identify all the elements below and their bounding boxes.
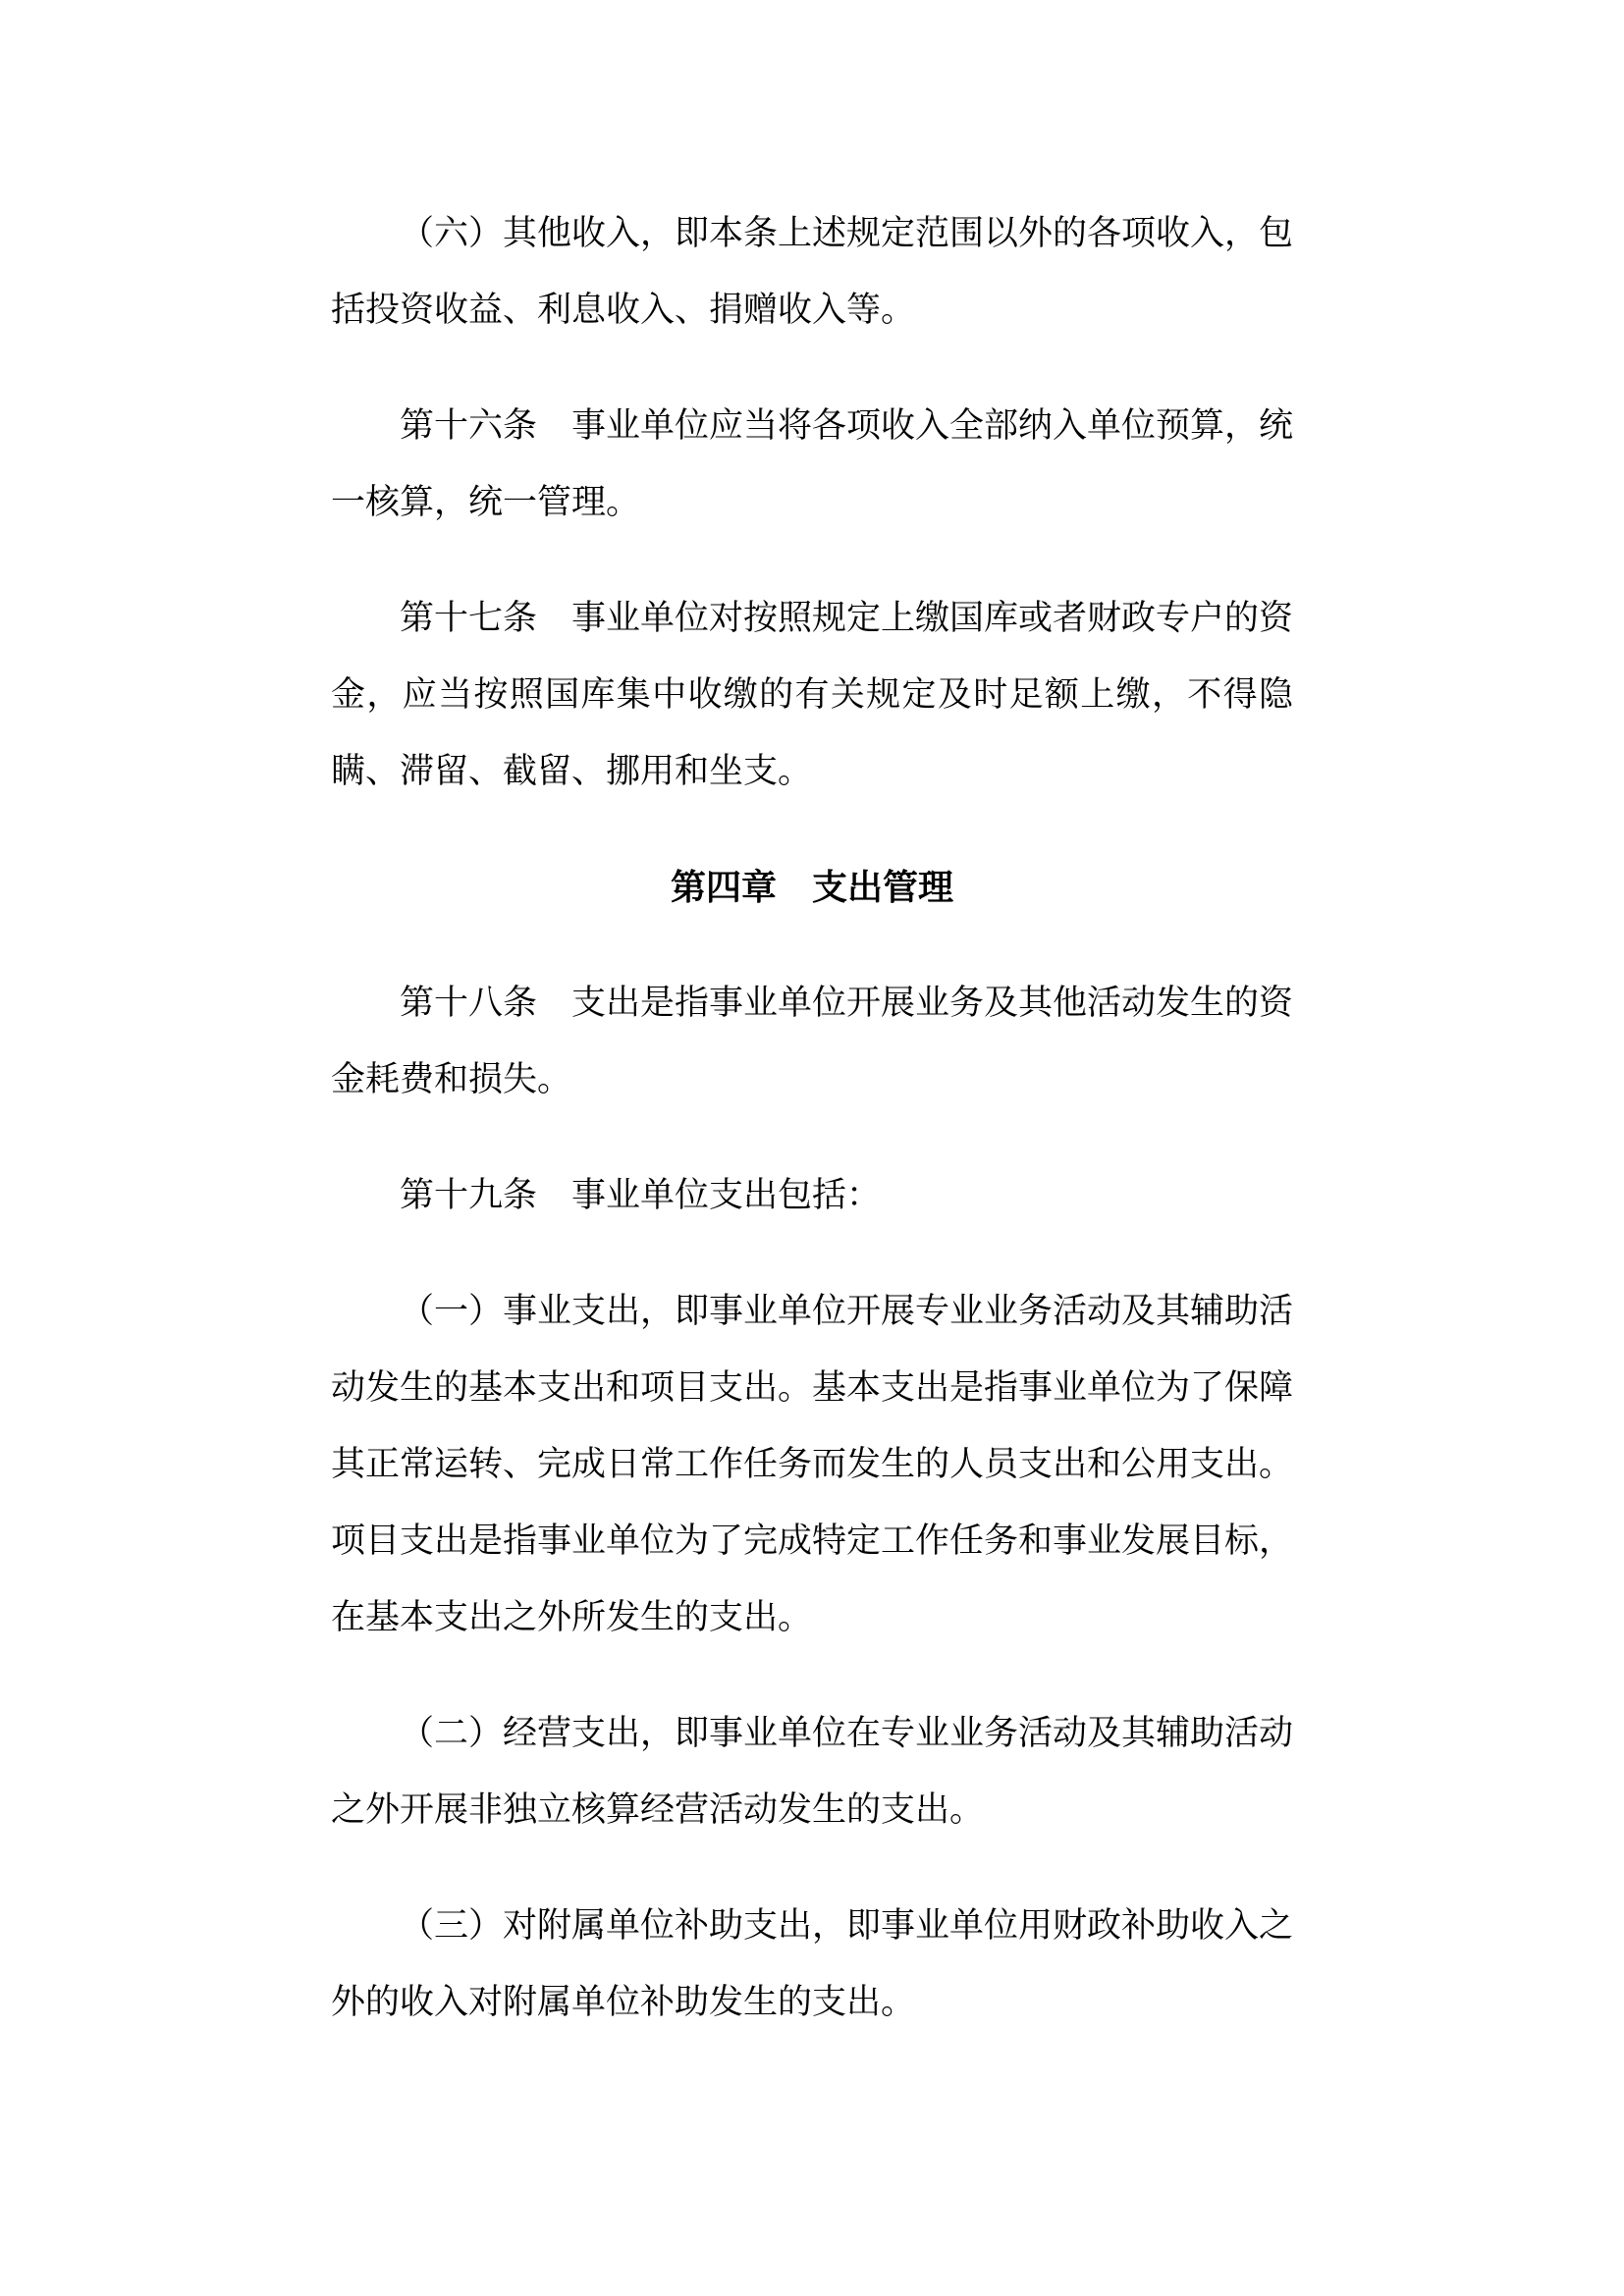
paragraph-article-18: 第十八条 支出是指事业单位开展业务及其他活动发生的资金耗费和损失。 <box>331 965 1293 1118</box>
page-content: （六）其他收入，即本条上述规定范围以外的各项收入，包括投资收益、利息收入、捐赠收… <box>331 195 1293 2041</box>
paragraph-article-19: 第十九条 事业单位支出包括： <box>331 1157 1293 1234</box>
paragraph-item-6-other-income: （六）其他收入，即本条上述规定范围以外的各项收入，包括投资收益、利息收入、捐赠收… <box>331 195 1293 348</box>
paragraph-item-1-business-expenditure: （一）事业支出，即事业单位开展专业业务活动及其辅助活动发生的基本支出和项目支出。… <box>331 1273 1293 1656</box>
paragraph-item-3-affiliated-unit-subsidy-expenditure: （三）对附属单位补助支出，即事业单位用财政补助收入之外的收入对附属单位补助发生的… <box>331 1888 1293 2041</box>
paragraph-article-16: 第十六条 事业单位应当将各项收入全部纳入单位预算，统一核算，统一管理。 <box>331 388 1293 541</box>
document-page: （六）其他收入，即本条上述规定范围以外的各项收入，包括投资收益、利息收入、捐赠收… <box>0 0 1624 2296</box>
paragraph-article-17: 第十七条 事业单位对按照规定上缴国库或者财政专户的资金，应当按照国库集中收缴的有… <box>331 580 1293 810</box>
paragraph-item-2-operating-expenditure: （二）经营支出，即事业单位在专业业务活动及其辅助活动之外开展非独立核算经营活动发… <box>331 1695 1293 1848</box>
chapter-4-heading: 第四章 支出管理 <box>331 849 1293 926</box>
